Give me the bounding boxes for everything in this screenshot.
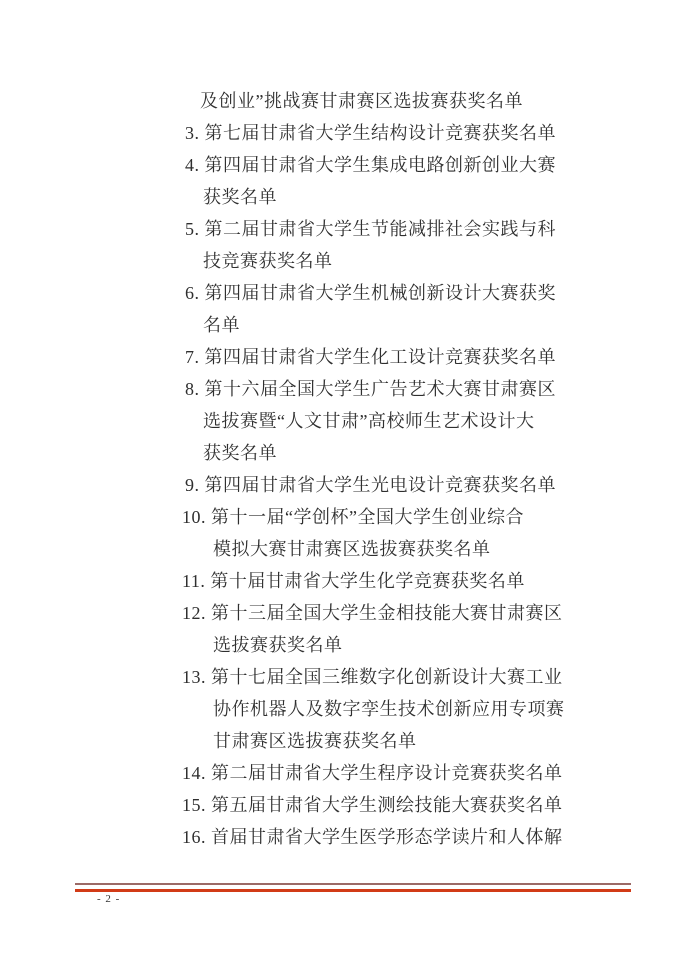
list-line-item-14: 14. 第二届甘肃省大学生程序设计竞赛获奖名单 (0, 757, 679, 789)
award-list-text-block: 及创业”挑战赛甘肃赛区选拔赛获奖名单 3. 第七届甘肃省大学生结构设计竞赛获奖名… (0, 85, 679, 853)
list-line-item-11: 11. 第十届甘肃省大学生化学竞赛获奖名单 (0, 565, 679, 597)
page-number: - 2 - (97, 893, 120, 905)
list-line-item-7: 7. 第四届甘肃省大学生化工设计竞赛获奖名单 (0, 341, 679, 373)
list-line-item-10: 10. 第十一届“学创杯”全国大学生创业综合 (0, 501, 679, 533)
list-line-item-9: 9. 第四届甘肃省大学生光电设计竞赛获奖名单 (0, 469, 679, 501)
list-line-item-13: 13. 第十七届全国三维数字化创新设计大赛工业 (0, 661, 679, 693)
list-line-continuation: 模拟大赛甘肃赛区选拔赛获奖名单 (0, 533, 679, 565)
list-line-item-12: 12. 第十三届全国大学生金相技能大赛甘肃赛区 (0, 597, 679, 629)
list-line-item-6: 6. 第四届甘肃省大学生机械创新设计大赛获奖 (0, 277, 679, 309)
list-line-item-8: 8. 第十六届全国大学生广告艺术大赛甘肃赛区 (0, 373, 679, 405)
list-line-continuation: 获奖名单 (0, 437, 679, 469)
list-line-item-16: 16. 首届甘肃省大学生医学形态学读片和人体解 (0, 821, 679, 853)
list-line-continuation: 及创业”挑战赛甘肃赛区选拔赛获奖名单 (0, 85, 679, 117)
list-line-continuation: 名单 (0, 309, 679, 341)
list-line-continuation: 技竞赛获奖名单 (0, 245, 679, 277)
list-line-continuation: 选拔赛暨“人文甘肃”高校师生艺术设计大 (0, 405, 679, 437)
list-line-item-5: 5. 第二届甘肃省大学生节能减排社会实践与科 (0, 213, 679, 245)
footer-double-rule (75, 883, 631, 892)
list-line-continuation: 选拔赛获奖名单 (0, 629, 679, 661)
list-line-item-15: 15. 第五届甘肃省大学生测绘技能大赛获奖名单 (0, 789, 679, 821)
footer-rule-thick (75, 889, 631, 893)
list-line-item-4: 4. 第四届甘肃省大学生集成电路创新创业大赛 (0, 149, 679, 181)
list-line-item-3: 3. 第七届甘肃省大学生结构设计竞赛获奖名单 (0, 117, 679, 149)
list-line-continuation: 获奖名单 (0, 181, 679, 213)
document-page: 及创业”挑战赛甘肃赛区选拔赛获奖名单 3. 第七届甘肃省大学生结构设计竞赛获奖名… (0, 0, 679, 961)
list-line-continuation: 甘肃赛区选拔赛获奖名单 (0, 725, 679, 757)
list-line-continuation: 协作机器人及数字孪生技术创新应用专项赛 (0, 693, 679, 725)
